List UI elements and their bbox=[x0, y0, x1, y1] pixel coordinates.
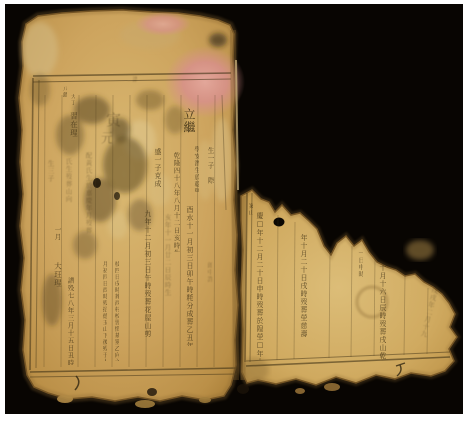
header-small-chars: 譜 bbox=[131, 76, 137, 85]
genealogy-text-column: 郎中許 bbox=[206, 262, 212, 288]
genealogy-text-column: 生一子 際 bbox=[207, 147, 214, 199]
torn-hole bbox=[274, 218, 285, 227]
heading-li-ji: 立繼 bbox=[183, 108, 195, 140]
genealogy-text-column: 生三子 bbox=[47, 160, 54, 190]
annotation-small-column: 枝四日戌時葬西村校習慣墓筮乙向之兆 bbox=[113, 261, 119, 361]
genealogy-text-column: 乾隆四十八年八月十二日亥時生 bbox=[173, 152, 180, 252]
genealogy-text-column: 十月十六日辰時歿葬戌山乾向 bbox=[379, 264, 386, 360]
genealogy-text-column: 酉水十一月初三日卯午時粍分成葬乙丑年十 bbox=[186, 206, 193, 346]
worm-hole bbox=[93, 178, 101, 188]
genealogy-text-column: 盛一子克成 bbox=[154, 148, 161, 194]
genealogy-text-column: 學安潛生於乾隆 bbox=[193, 146, 199, 192]
right-page-paper bbox=[241, 190, 457, 385]
right-page-gutter-shadow bbox=[243, 196, 244, 380]
right-page bbox=[241, 190, 457, 385]
generation-name-char: 寅 bbox=[105, 112, 120, 130]
genealogy-text-column: 亥年十一月廿二日辰時生 bbox=[164, 214, 171, 300]
grave-site-label: 案山 bbox=[247, 203, 253, 219]
genealogy-text-column: 年十月二十日戌時歿葬塋慈壽巻 bbox=[300, 234, 307, 338]
genealogy-text-column: 九年十二月初三日午時歿葬花屋山剪掌生考 bbox=[144, 210, 151, 338]
genealogy-text-column: 一月 bbox=[54, 226, 61, 244]
photo-frame: 立繼 八懿 大丁 譜 寅 元 習在瑆 大玨瑆 學安潛生於乾隆 生一子 際 乾隆四… bbox=[0, 0, 468, 423]
ancestor-name-column: 大玨瑆 bbox=[54, 262, 62, 292]
ancestor-name-column: 習在瑆 bbox=[70, 112, 78, 144]
genealogy-text-column: 一日申時 bbox=[357, 250, 363, 284]
debris-spot bbox=[147, 388, 157, 396]
left-page bbox=[19, 10, 245, 401]
right-page-tear-shading bbox=[406, 240, 434, 260]
pink-stain-top bbox=[135, 12, 191, 36]
genealogy-text-column: 譜殁七八年三月十五日丑時 bbox=[67, 277, 74, 365]
worm-hole bbox=[114, 192, 120, 200]
annotation-small-column: 月初四日酉時殁招德玉山下後殁于人謙按君 bbox=[101, 261, 107, 361]
genealogy-text-column: 配黃氏生於嘉慶年月歿葬 bbox=[85, 152, 92, 240]
generation-name-char: 元 bbox=[99, 131, 112, 146]
header-small-chars: 八懿 bbox=[62, 86, 67, 100]
header-small-chars: 大丁 bbox=[70, 94, 75, 108]
genealogy-text-column: 慶□年十二月二十日申時歿葬於隍塋□年十 bbox=[256, 212, 263, 360]
genealogy-text-column: 氏生歿葬山向 bbox=[65, 158, 72, 220]
